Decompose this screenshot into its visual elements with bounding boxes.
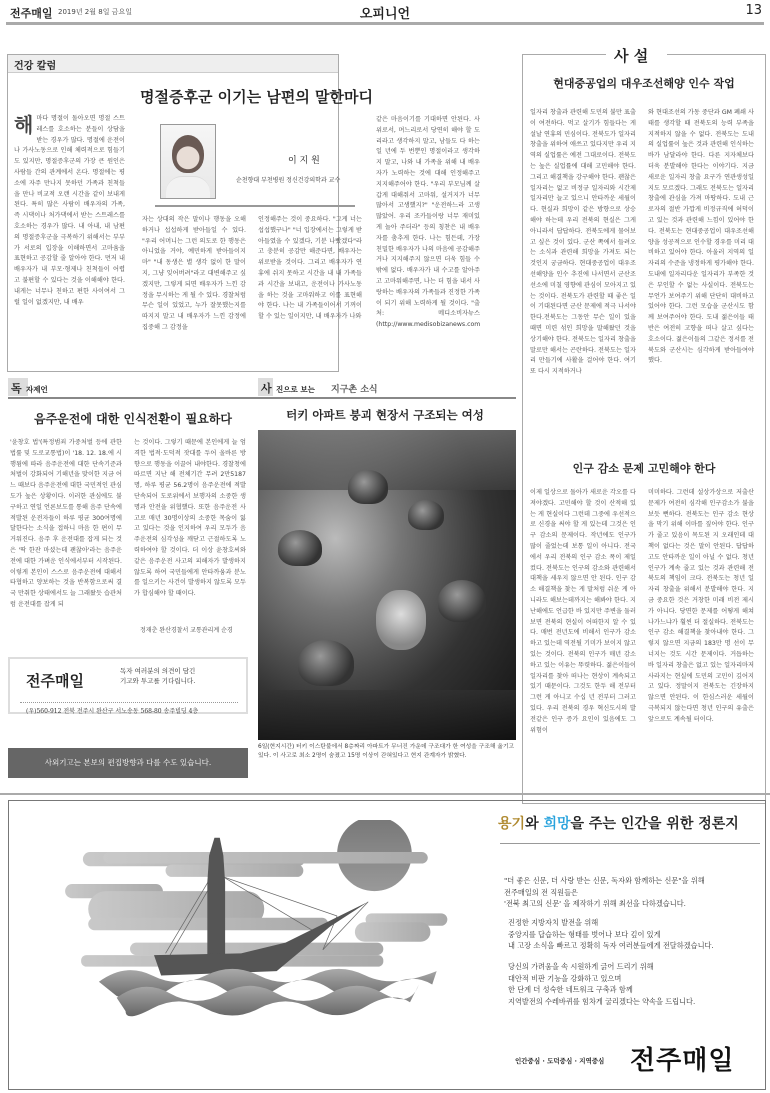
photo-helmet [298,640,354,686]
photo-news-label-sub: 지구촌 소식 [331,382,378,395]
disclaimer-banner: 사외기고는 본보의 편집방향과 다를 수도 있습니다. [8,748,248,778]
author-photo-face [172,135,204,173]
promo-slogan: 용기와 희망을 주는 인간을 위한 정론지 [498,813,739,833]
photo-helmet [438,580,486,622]
health-column-text-1: 해 마다 명절이 돌아오면 명절 스트레스를 호소하는 분들이 상담을 받는 경… [14,114,125,368]
rescue-photo [258,430,516,740]
reader-label-first: 독 [11,380,22,396]
photo-news-rule [258,397,516,399]
reader-text-2: 는 것이다. 그렇기 때문에 본인에게 늘 엄격한 법적·도덕적 잣대를 두어 … [134,438,246,624]
author-name: 이 지 원 [288,153,320,166]
photo-helmet [408,500,444,530]
health-column-text-4: 같은 마음이기를 기대하면 안된다. 사위로서, 며느리로서 당연히 해야 할 … [376,115,480,365]
dropcap: 해 [14,114,33,136]
reader-rule [8,397,258,399]
photo-news-label-first: 사 [261,380,272,396]
promo-logo: 전주매일 [630,1040,734,1077]
bottom-rule [0,793,770,795]
editorial-rule-right [667,54,766,55]
page-number: 13 [745,3,762,18]
editorial-2-text-2: 미미하다. 그런데 설상가상으로 저출산 문제가 여전히 심각해 인구감소가 불… [648,488,754,788]
photo-helmet [348,470,388,504]
editorial-1-text-2: 와 현대조선의 가동 중단과 GM 폐쇄 사태를 생각할 때 전북도의 능력 부… [648,108,754,438]
health-column-text-2: 자는 상대의 작은 말이나 행동을 오해하거나 섭섭하게 받아들일 수 있다. … [142,215,246,365]
editorial-label: 사 설 [614,45,648,66]
editorial-1-headline: 현대중공업의 대우조선해양 인수 작업 [522,75,766,91]
editorial-2-headline: 인구 감소 문제 고민해야 한다 [522,460,766,476]
health-column-label: 건강 칼럼 [14,57,56,72]
author-photo-shoulders [166,176,210,198]
health-column-text-3: 인정해주는 것이 중요하다. "그게 너는 섭섭했구나" "너 입장에서는 그렇… [258,215,362,365]
editorial-2-text-1: 이제 일상으로 돌아가 새로운 각오를 다져야겠다. 고민해야 할 것이 산적해… [530,488,636,788]
sailboat-illustration [30,820,470,1060]
editorial-rule-left [522,54,606,55]
reader-headline: 음주운전에 대한 인식전환이 필요하다 [0,410,266,427]
contribution-address: (우)560-912 전북 전주시 완산구 서노송동 568-80 송주빌딩 4… [26,706,198,715]
photo-victim [376,590,426,650]
health-column-headline: 명절증후군 이기는 남편의 말한마디 [140,86,373,107]
contribution-logo: 전주매일 [26,670,84,691]
promo-paragraph-3: 당신의 가려움을 속 시원하게 긁어 드리기 위해 대안적 비판 기능을 강화하… [508,961,695,1007]
photo-helmet [278,530,322,566]
header-rule [6,22,764,25]
photo-news-label-rest: 진으로 보는 [276,384,315,395]
photo-caption: 6일(현지시간) 터키 이스탄불에서 8층짜리 아파트가 무너진 가운데 구조대… [258,743,516,761]
reader-label-rest: 자제언 [26,384,48,395]
promo-tagline: 인간중심 · 도덕중심 · 지역중심 [515,1056,604,1065]
promo-paragraph-2: 진정한 지방자치 발전을 위해 중앙지를 답습하는 형태를 벗어나 보다 깊이 … [508,917,714,952]
author-rule [155,205,355,207]
reader-text-1: '윤창호 법'(특정범죄 가중처벌 등에 관한 법률 및 도로교통법)이 '18… [10,438,122,638]
reader-byline: 정재춘 완산경찰서 교통관리계 순경 [140,625,233,634]
contribution-divider [20,702,238,703]
promo-paragraph-1: "더 좋은 신문, 더 사랑 받는 신문, 독자와 함께하는 신문"을 위해 전… [504,875,705,910]
photo-rubble-bottom [258,690,516,740]
editorial-1-text-1: 일자리 창출과 관련해 도민의 불만 표출이 여전하다. 먹고 살기가 힘들다는… [530,108,636,438]
contribution-message: 독자 여러분의 의견이 담긴 기고와 투고를 기다립니다. [120,666,195,686]
photo-news-headline: 터키 아파트 붕괴 현장서 구조되는 여성 [250,407,520,423]
health-column-label-bar [8,55,338,73]
author-affiliation: 순천향대 부천병원 정신건강의학과 교수 [236,175,340,184]
section-title: 오피니언 [0,3,770,22]
promo-slogan-rule [500,843,760,844]
